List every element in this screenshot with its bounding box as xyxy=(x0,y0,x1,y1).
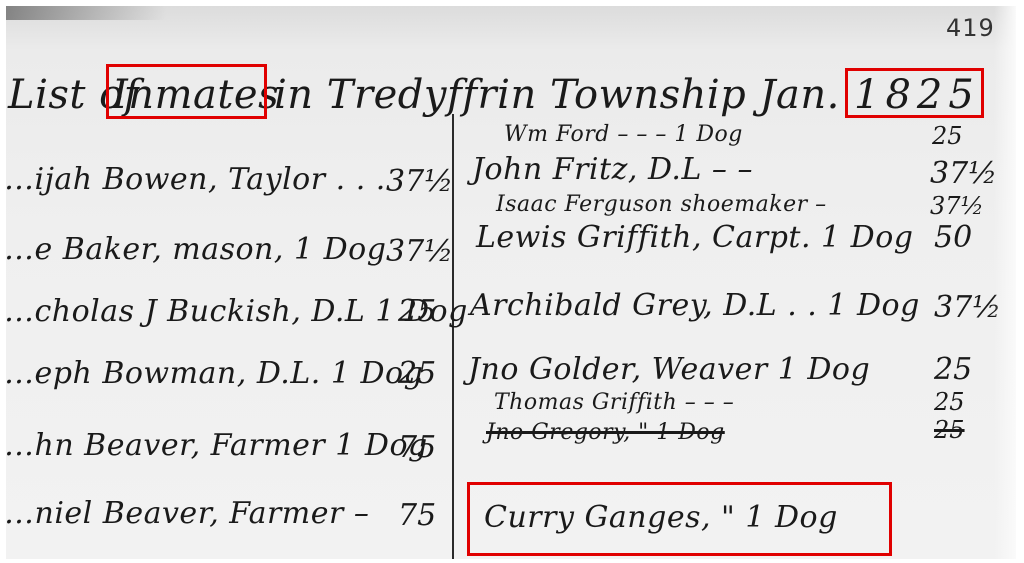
right-entry-name: John Fritz, D.L – – xyxy=(472,152,753,187)
right-entry-name: Thomas Griffith – – – xyxy=(494,390,734,415)
left-entry-name: …niel Beaver, Farmer – xyxy=(6,496,369,531)
right-entry-amount-struck: 25 xyxy=(934,416,965,444)
right-entry-amount: 25 xyxy=(932,122,963,150)
right-entry-name-struck: Jno Gregory, " 1 Dog xyxy=(486,420,725,445)
left-entry-amount: 25 xyxy=(398,356,436,391)
right-entry-name: Jno Golder, Weaver 1 Dog xyxy=(468,352,870,387)
highlight-box-curry-ganges xyxy=(467,482,892,556)
right-entry-name: Archibald Grey, D.L . . 1 Dog xyxy=(470,288,920,323)
highlight-box-inmates xyxy=(106,64,267,119)
highlight-box-year xyxy=(845,68,984,118)
right-entry-name: Isaac Ferguson shoemaker – xyxy=(496,192,827,217)
left-entry-name: …eph Bowman, D.L. 1 Dog xyxy=(6,356,423,391)
right-entry-amount: 37½ xyxy=(934,290,1001,325)
right-entry-name: Lewis Griffith, Carpt. 1 Dog xyxy=(476,220,914,255)
left-entry-name: …ijah Bowen, Taylor . . . xyxy=(6,162,386,197)
right-entry-name: Wm Ford – – – 1 Dog xyxy=(504,122,743,147)
left-entry-amount: 75 xyxy=(398,430,436,465)
left-entry-amount: 75 xyxy=(398,498,436,533)
page-number: 419 xyxy=(946,14,995,42)
title-township: in Tredyffrin Township Jan. xyxy=(274,72,840,118)
right-entry-amount: 37½ xyxy=(930,156,997,191)
page-edge xyxy=(994,6,1016,559)
right-entry-amount: 25 xyxy=(934,352,972,387)
left-entry-name: …hn Beaver, Farmer 1 Dog xyxy=(6,428,428,463)
right-entry-amount: 37½ xyxy=(930,192,984,220)
left-entry-name: …e Baker, mason, 1 Dog xyxy=(6,232,386,267)
right-entry-amount: 25 xyxy=(934,388,965,416)
right-entry-amount: 50 xyxy=(934,220,972,255)
left-entry-amount: 25 xyxy=(398,294,436,329)
left-entry-amount: 37½ xyxy=(386,234,453,269)
left-entry-amount: 37½ xyxy=(386,164,453,199)
